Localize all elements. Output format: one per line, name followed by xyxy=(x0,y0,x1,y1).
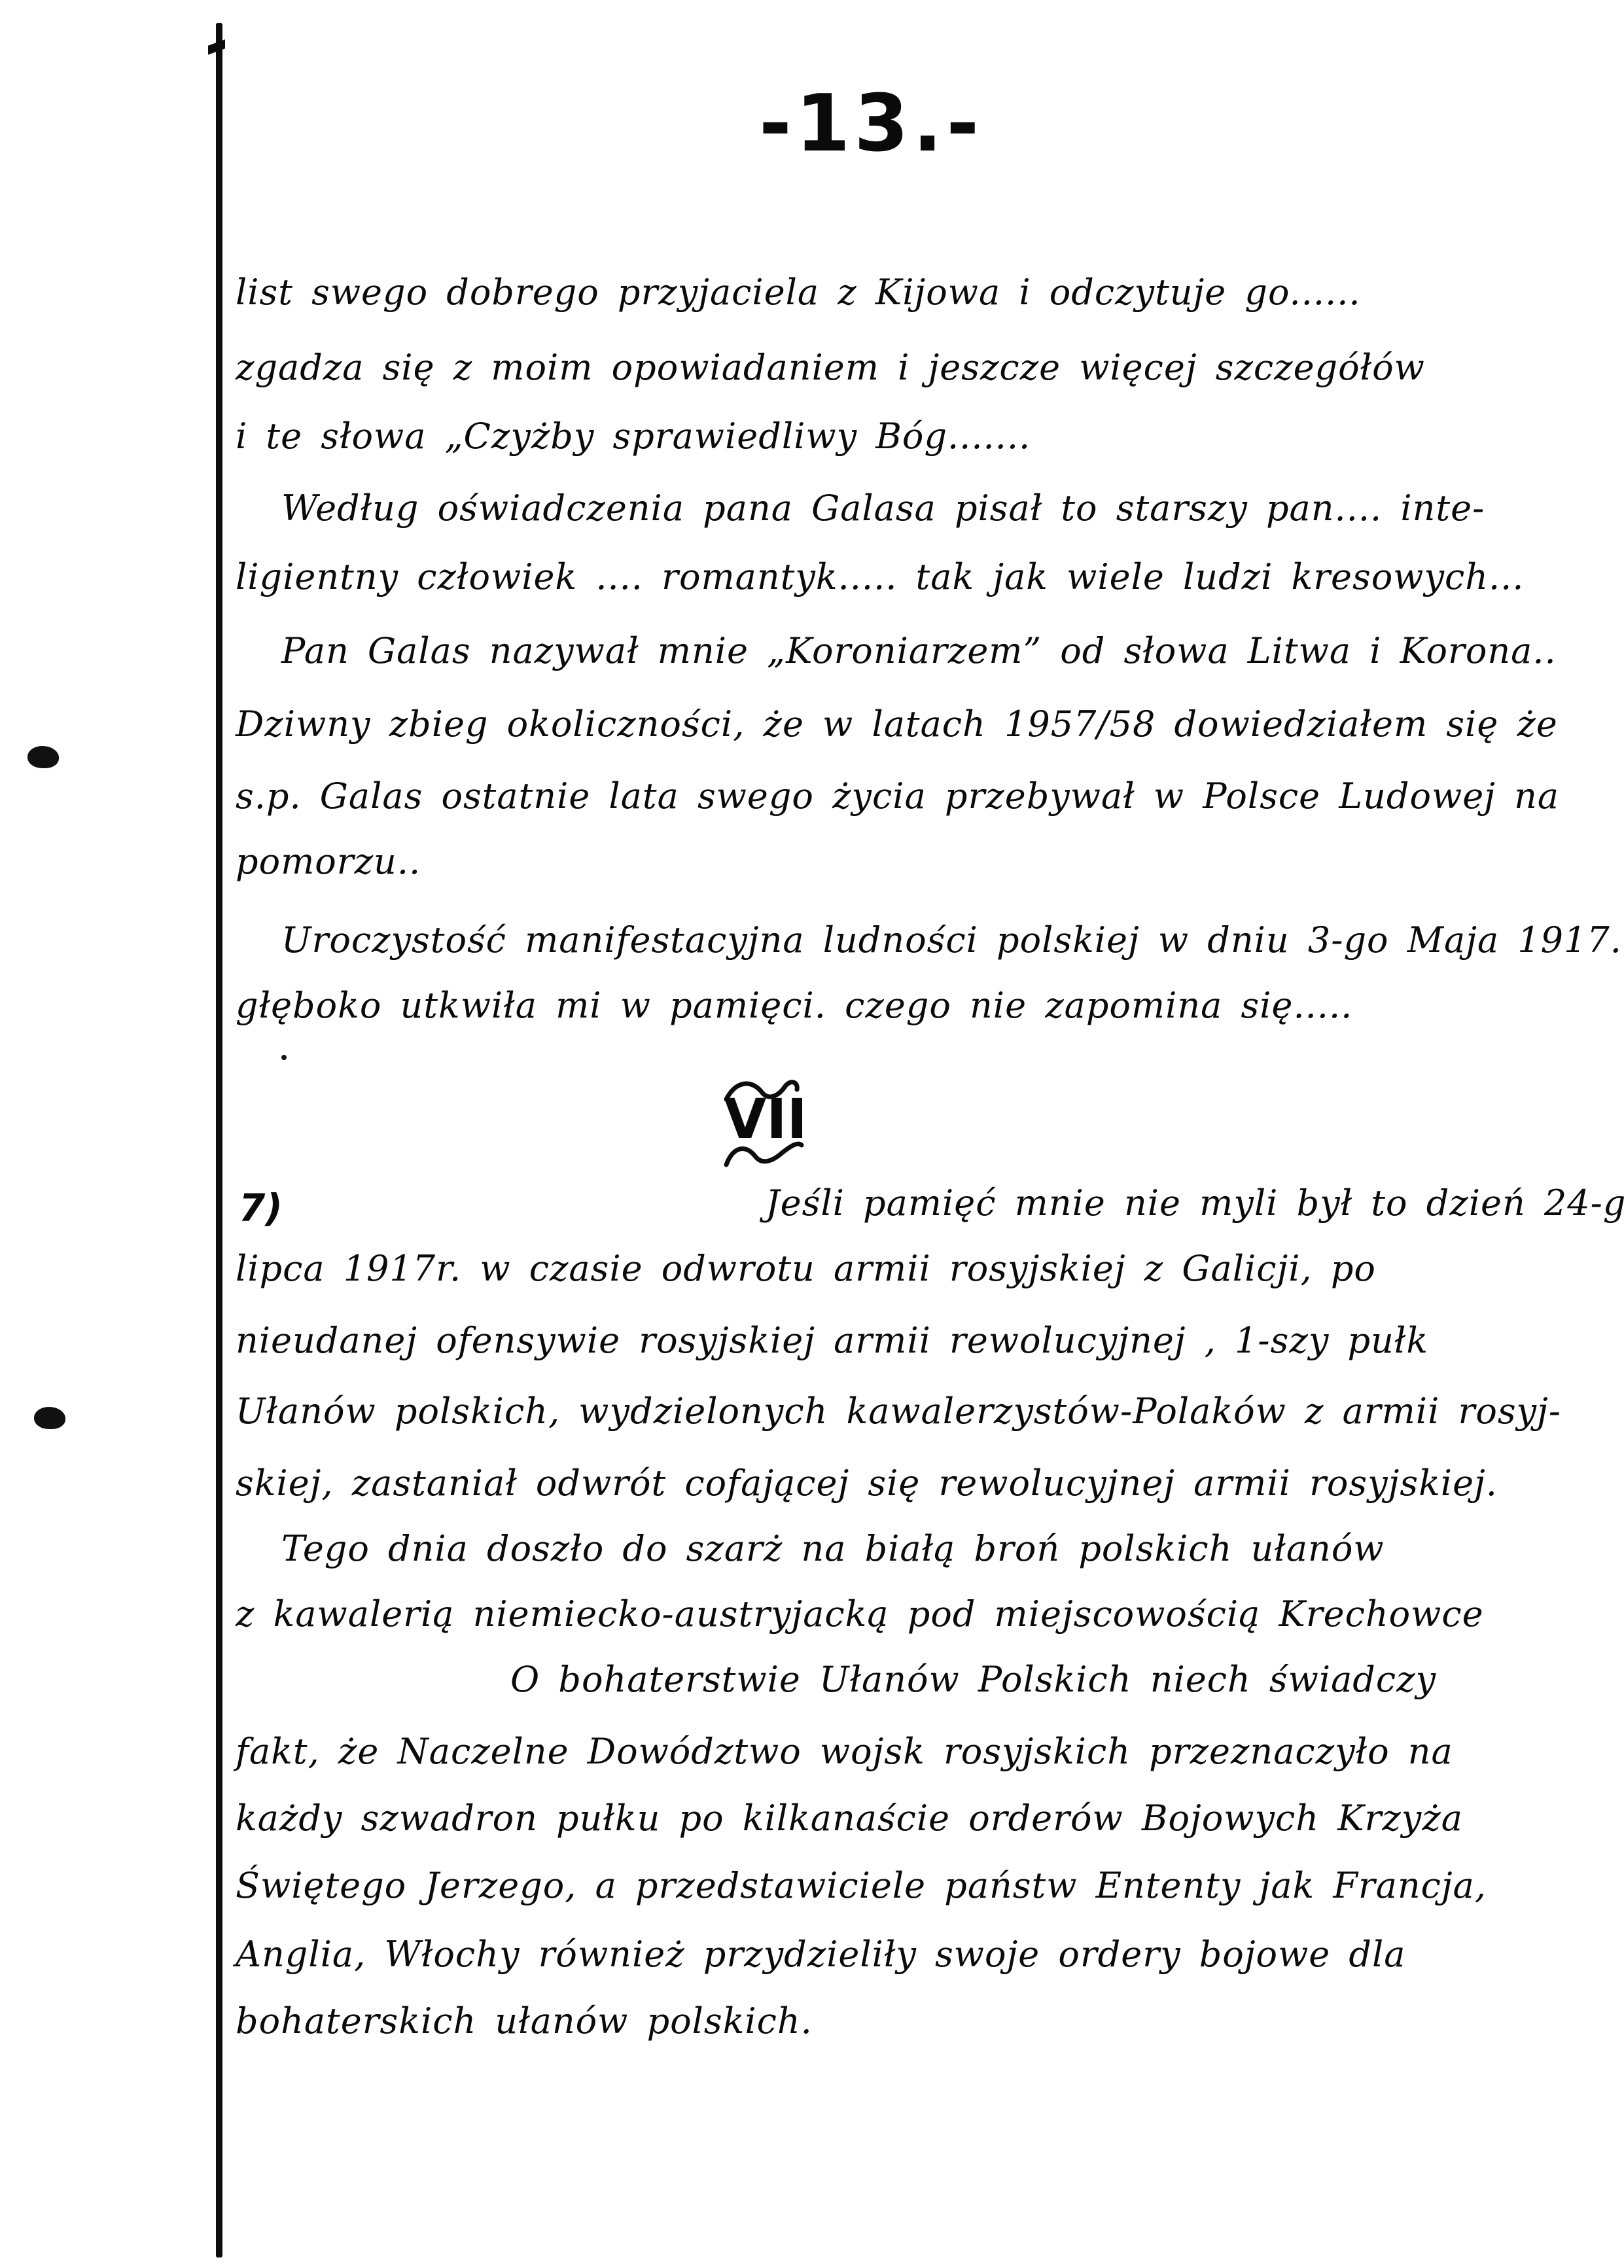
text-line: skiej, zastaniał odwrót cofającej się re… xyxy=(236,1466,1597,1501)
text-line: Według oświadczenia pana Galasa pisał to… xyxy=(281,491,1624,526)
punch-hole-icon xyxy=(34,1407,65,1429)
text-line: i te słowa „Czyżby sprawiedliwy Bóg.....… xyxy=(236,419,1597,454)
text-line: s.p. Galas ostatnie lata swego życia prz… xyxy=(236,779,1597,814)
text-line: Dziwny zbieg okoliczności, że w latach 1… xyxy=(236,707,1597,742)
text-line: Pan Galas nazywał mnie „Koroniarzem” od … xyxy=(281,633,1624,669)
text-line: zgadza się z moim opowiadaniem i jeszcze… xyxy=(236,350,1597,385)
text-line: nieudanej ofensywie rosyjskiej armii rew… xyxy=(236,1323,1597,1358)
text-line: Jeśli pamięć mnie nie myli był to dzień … xyxy=(766,1186,1603,1221)
text-line: Anglia, Włochy również przydzieliły swoj… xyxy=(236,1937,1597,1972)
text-line: list swego dobrego przyjaciela z Kijowa … xyxy=(236,275,1597,310)
text-line: każdy szwadron pułku po kilkanaście orde… xyxy=(236,1801,1597,1836)
text-line: Świętego Jerzego, a przedstawiciele pańs… xyxy=(236,1868,1597,1904)
margin-line xyxy=(216,23,222,2258)
page-number: -13.- xyxy=(759,85,981,164)
chapter-heading: VII xyxy=(700,1073,831,1171)
text-line: z kawalerią niemiecko-austryjacką pod mi… xyxy=(236,1597,1597,1632)
handwritten-page: -13.- list swego dobrego przyjaciela z K… xyxy=(0,0,1624,2268)
text-line: ligientny człowiek .... romantyk..... ta… xyxy=(236,559,1597,595)
chapter-numeral: VII xyxy=(700,1091,831,1146)
ink-speck xyxy=(281,1055,287,1060)
text-line: fakt, że Naczelne Dowództwo wojsk rosyjs… xyxy=(236,1734,1597,1769)
text-line: Tego dnia doszło do szarż na białą broń … xyxy=(281,1531,1624,1567)
text-line: głęboko utkwiła mi w pamięci. czego nie … xyxy=(236,988,1597,1023)
text-line: bohaterskich ułanów polskich. xyxy=(236,2004,1597,2039)
section-marker: 7) xyxy=(239,1186,283,1230)
text-line: pomorzu.. xyxy=(236,844,1597,879)
text-line: lipca 1917r. w czasie odwrotu armii rosy… xyxy=(236,1251,1597,1286)
text-line: Ułanów polskich, wydzielonych kawalerzys… xyxy=(236,1394,1597,1429)
text-line: Uroczystość manifestacyjna ludności pols… xyxy=(281,923,1624,958)
punch-hole-icon xyxy=(27,746,59,768)
text-line: O bohaterstwie Ułanów Polskich niech świ… xyxy=(510,1662,1624,1697)
